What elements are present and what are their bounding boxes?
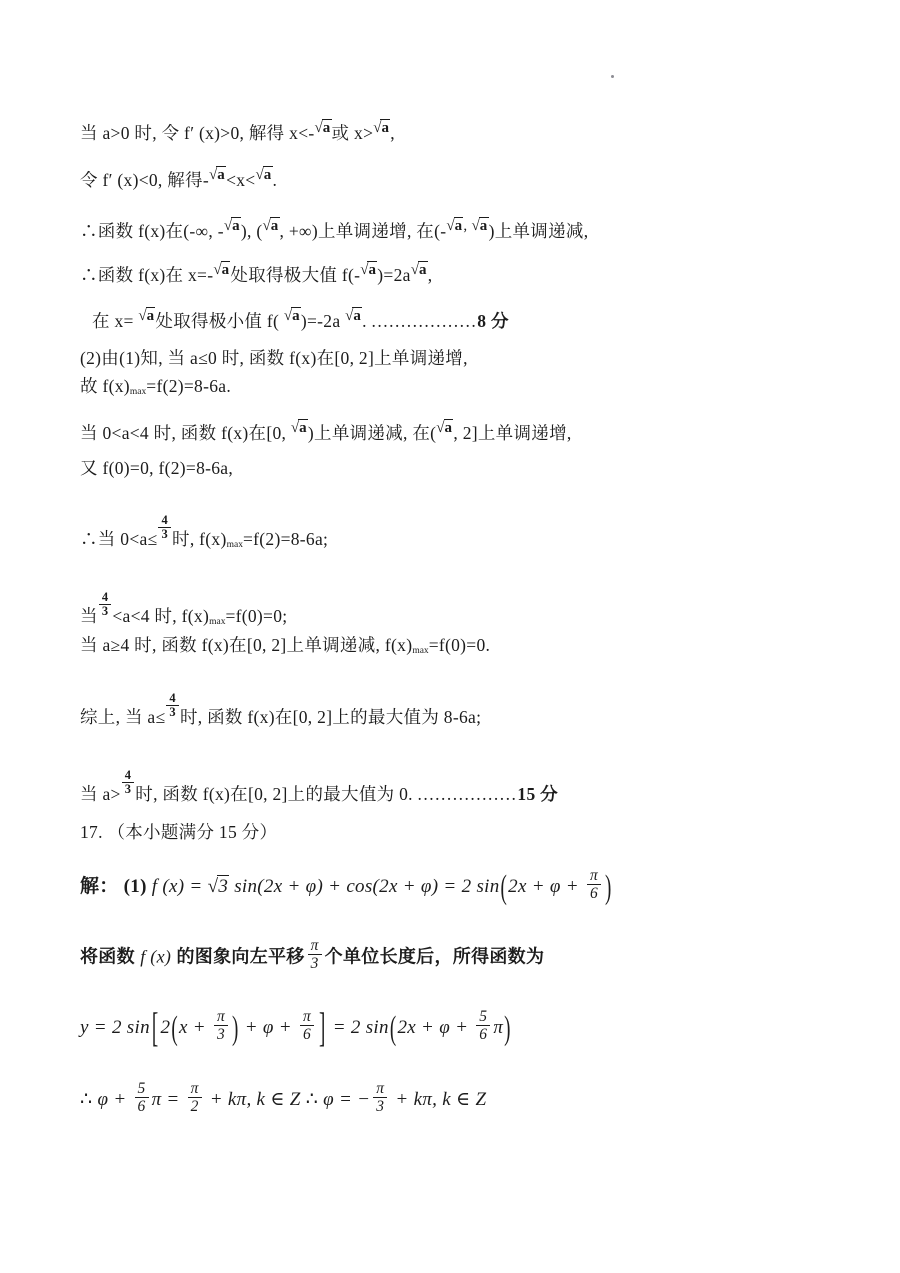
fraction-denominator: 6 (300, 1026, 314, 1043)
math-italic-run: = 2 sin (328, 1017, 389, 1038)
math-italic-run: f (x) = (152, 876, 208, 897)
math-italic-run: π (493, 1017, 503, 1038)
bold-text-run: 8 分 (477, 311, 509, 331)
math-italic-run: + kπ, k ∈ Z (205, 1089, 306, 1110)
raised-sqrt-radical: √a (255, 167, 272, 183)
raised-fraction: 43 (166, 692, 179, 719)
text-run: =f(2)=8-6a. (146, 376, 231, 396)
radicand: a (367, 261, 377, 278)
page-artifact-dot (611, 75, 614, 78)
text-run: )=-2a (301, 311, 345, 331)
fraction-denominator: 3 (166, 706, 179, 719)
raised-sqrt-radical: √a (446, 218, 463, 234)
fraction: π6 (587, 867, 601, 903)
text-run: 当 a>0 时, 令 f′ (x)>0, 解得 x<- (80, 123, 315, 143)
doc-line: 17. （本小题满分 15 分） (80, 819, 277, 845)
radicand: a (216, 166, 226, 183)
math-italic-run: + kπ, k ∈ Z (390, 1089, 486, 1110)
doc-line: 又 f(0)=0, f(2)=8-6a, (80, 455, 233, 481)
fraction-numerator: π (214, 1008, 228, 1026)
fraction-numerator: 4 (122, 769, 135, 783)
text-run: 处取得极大值 f(- (230, 265, 360, 285)
fraction-numerator: 5 (476, 1008, 490, 1026)
math-italic-run: y = 2 sin (80, 1017, 150, 1038)
doc-line: (2)由(1)知, 当 a≤0 时, 函数 f(x)在[0, 2]上单调递增, (80, 345, 468, 371)
raised-sqrt-radical: √a (360, 262, 377, 278)
doc-line: 当 a>43时, 函数 f(x)在[0, 2]上的最大值为 0. .......… (80, 769, 558, 807)
big-paren: ( (171, 1003, 178, 1057)
dot-leader: ................. (418, 784, 518, 804)
fraction-numerator: 4 (166, 692, 179, 706)
doc-line: ∴函数 f(x)在(-∞, -√a), (√a, +∞)上单调递增, 在(-√a… (80, 213, 588, 244)
text-run: <a<4 时, f(x) (112, 606, 209, 626)
fraction-numerator: π (373, 1080, 387, 1098)
big-paren: ) (605, 862, 612, 916)
big-bracket: [ (152, 998, 159, 1063)
raised-fraction: 43 (158, 514, 171, 541)
fraction: π3 (308, 937, 322, 973)
radicand: a (146, 307, 156, 324)
fraction: 56 (476, 1008, 490, 1044)
text-run: )上单调递减, (489, 221, 589, 241)
text-run: , (390, 123, 395, 143)
fraction-numerator: π (300, 1008, 314, 1026)
text-run: ∴当 0<a≤ (80, 529, 157, 549)
raised-sqrt-radical: √a (345, 308, 362, 324)
text-run: 又 f(0)=0, f(2)=8-6a, (80, 458, 233, 478)
text-run: 令 f′ (x)<0, 解得- (80, 170, 209, 190)
fraction: π2 (188, 1080, 202, 1116)
radicand: a (322, 119, 332, 136)
fraction: 56 (135, 1080, 149, 1116)
text-run: 在 x= (92, 311, 138, 331)
text-run: 个单位长度后，所得函数为 (325, 947, 545, 967)
radicand: a (444, 419, 454, 436)
doc-line: ∴ φ + 56π = π2 + kπ, k ∈ Z ∴ φ = −π3 + k… (80, 1083, 486, 1119)
text-run: ∴ (306, 1089, 323, 1110)
text-run: 故 f(x) (80, 376, 130, 396)
fraction: π3 (373, 1080, 387, 1116)
radicand: a (221, 261, 231, 278)
math-solution-document: 当 a>0 时, 令 f′ (x)>0, 解得 x<-√a或 x>√a,令 f′… (0, 0, 900, 1273)
raised-sqrt-radical: √a (224, 218, 241, 234)
text-run: =f(2)=8-6a; (243, 529, 328, 549)
text-run: =f(0)=0. (429, 635, 491, 655)
raised-sqrt-radical: √a (436, 420, 453, 436)
fraction: π3 (214, 1008, 228, 1044)
math-italic-run: φ + (97, 1089, 131, 1110)
text-run: )=2a (377, 265, 410, 285)
text-run: 综上, 当 a≤ (80, 707, 165, 727)
raised-sqrt-radical: √a (138, 308, 155, 324)
fraction-denominator: 6 (587, 885, 601, 902)
radicand: a (270, 217, 280, 234)
radicand: a (291, 307, 301, 324)
text-run: 或 x> (332, 123, 374, 143)
text-run: )上单调递减, 在( (308, 423, 436, 443)
doc-line: 将函数 f (x) 的图象向左平移π3个单位长度后，所得函数为 (80, 940, 544, 976)
superscript-run: , (463, 218, 471, 234)
text-run: , (428, 265, 433, 285)
fraction-denominator: 2 (188, 1098, 202, 1115)
math-italic-run: π = (152, 1089, 185, 1110)
doc-line: 当 a>0 时, 令 f′ (x)>0, 解得 x<-√a或 x>√a, (80, 120, 395, 146)
text-run: =f(0)=0; (225, 606, 287, 626)
doc-line: 综上, 当 a≤43时, 函数 f(x)在[0, 2]上的最大值为 8-6a; (80, 692, 481, 730)
fraction-denominator: 3 (373, 1098, 387, 1115)
fraction-numerator: 4 (99, 591, 112, 605)
doc-line: 令 f′ (x)<0, 解得-√a<x<√a. (80, 167, 277, 193)
math-italic-run: f (x) (140, 947, 171, 967)
dot-leader: .................. (372, 311, 478, 331)
math-italic-run: 2x + φ + (397, 1017, 473, 1038)
text-run: 处取得极小值 f( (155, 311, 283, 331)
text-run: 的图象向左平移 (171, 947, 304, 967)
fraction-numerator: 4 (158, 514, 171, 528)
raised-sqrt-radical: √a (262, 218, 279, 234)
raised-sqrt-radical: √a (472, 218, 489, 234)
math-italic-run: x + (179, 1017, 211, 1038)
raised-fraction: 43 (122, 769, 135, 796)
doc-line: y = 2 sin[2(x + π3) + φ + π6] = 2 sin(2x… (80, 1011, 512, 1047)
fraction-denominator: 3 (214, 1026, 228, 1043)
sqrt-radical: √3 (208, 876, 230, 897)
raised-sqrt-radical: √a (213, 262, 230, 278)
doc-line: 在 x= √a处取得极小值 f( √a)=-2a √a. ...........… (92, 308, 509, 334)
fraction-denominator: 3 (99, 605, 112, 618)
raised-sqrt-radical: √a (284, 308, 301, 324)
big-paren: ( (501, 862, 508, 916)
fraction-numerator: π (188, 1080, 202, 1098)
raised-sqrt-radical: √a (209, 167, 226, 183)
text-run: 时, 函数 f(x)在[0, 2]上的最大值为 8-6a; (180, 707, 481, 727)
doc-line: 当 0<a<4 时, 函数 f(x)在[0, √a)上单调递减, 在(√a, 2… (80, 420, 572, 446)
doc-line: 当43<a<4 时, f(x)max=f(0)=0; (80, 591, 287, 635)
radicand: a (454, 217, 464, 234)
big-paren: ) (232, 1003, 239, 1057)
text-run: ), ( (241, 221, 263, 241)
text-run: . (273, 170, 278, 190)
fraction-numerator: π (308, 937, 322, 955)
text-run: <x< (226, 170, 255, 190)
text-run: ∴函数 f(x)在(-∞, - (80, 221, 224, 241)
fraction-denominator: 3 (158, 528, 171, 541)
text-run: (2)由(1)知, 当 a≤0 时, 函数 f(x)在[0, 2]上单调递增, (80, 348, 468, 368)
raised-sqrt-radical: √a (315, 120, 332, 136)
text-run: 17. （本小题满分 15 分） (80, 822, 277, 842)
subscript-max: max (227, 540, 243, 550)
text-run: 当 a≥4 时, 函数 f(x)在[0, 2]上单调递减, f(x) (80, 635, 412, 655)
doc-line: ∴当 0<a≤43时, f(x)max=f(2)=8-6a; (80, 514, 328, 558)
subscript-max: max (209, 617, 225, 627)
text-run: 当 (80, 606, 98, 626)
radicand: a (231, 217, 241, 234)
fraction-numerator: 5 (135, 1080, 149, 1098)
big-paren: ( (390, 1003, 397, 1057)
radicand: a (479, 217, 489, 234)
text-run: , 2]上单调递增, (453, 423, 571, 443)
fraction: π6 (300, 1008, 314, 1044)
raised-sqrt-radical: √a (373, 120, 390, 136)
math-italic-run: 2 (161, 1017, 171, 1038)
math-italic-run: 2x + φ + (508, 876, 584, 897)
radicand: a (298, 419, 308, 436)
fraction-denominator: 3 (308, 955, 322, 972)
raised-sqrt-radical: √a (291, 420, 308, 436)
fraction-denominator: 3 (122, 783, 135, 796)
big-bracket: ] (319, 998, 326, 1063)
doc-line: 当 a≥4 时, 函数 f(x)在[0, 2]上单调递减, f(x)max=f(… (80, 632, 490, 664)
subscript-max: max (130, 387, 146, 397)
radicand: a (418, 261, 428, 278)
math-italic-run: φ = − (323, 1089, 370, 1110)
bold-text-run: 解： (1) (80, 876, 152, 897)
radicand: a (263, 166, 273, 183)
text-run: 当 0<a<4 时, 函数 f(x)在[0, (80, 423, 291, 443)
text-run: 当 a> (80, 784, 121, 804)
fraction-numerator: π (587, 867, 601, 885)
doc-line: 解： (1) f (x) = √3 sin(2x + φ) + cos(2x +… (80, 870, 613, 906)
radicand: a (352, 307, 362, 324)
doc-line: 故 f(x)max=f(2)=8-6a. (80, 373, 231, 405)
text-run: , +∞)上单调递增, 在(- (280, 221, 447, 241)
fraction-denominator: 6 (476, 1026, 490, 1043)
bold-text-run: 15 分 (517, 784, 558, 804)
text-run: 将函数 (80, 947, 140, 967)
text-run: 时, 函数 f(x)在[0, 2]上的最大值为 0. (135, 784, 417, 804)
radicand: 3 (217, 875, 229, 897)
doc-line: ∴函数 f(x)在 x=-√a处取得极大值 f(-√a)=2a√a, (80, 262, 432, 288)
fraction-denominator: 6 (135, 1098, 149, 1115)
raised-sqrt-radical: √a (411, 262, 428, 278)
math-italic-run: + φ + (240, 1017, 297, 1038)
text-run: . (362, 311, 371, 331)
text-run: ∴ (80, 1089, 97, 1110)
radicand: a (380, 119, 390, 136)
big-paren: ) (504, 1003, 511, 1057)
raised-fraction: 43 (99, 591, 112, 618)
math-italic-run: sin(2x + φ) + cos(2x + φ) = 2 sin (229, 876, 499, 897)
subscript-max: max (412, 646, 428, 656)
text-run: 时, f(x) (172, 529, 227, 549)
text-run: ∴函数 f(x)在 x=- (80, 265, 213, 285)
